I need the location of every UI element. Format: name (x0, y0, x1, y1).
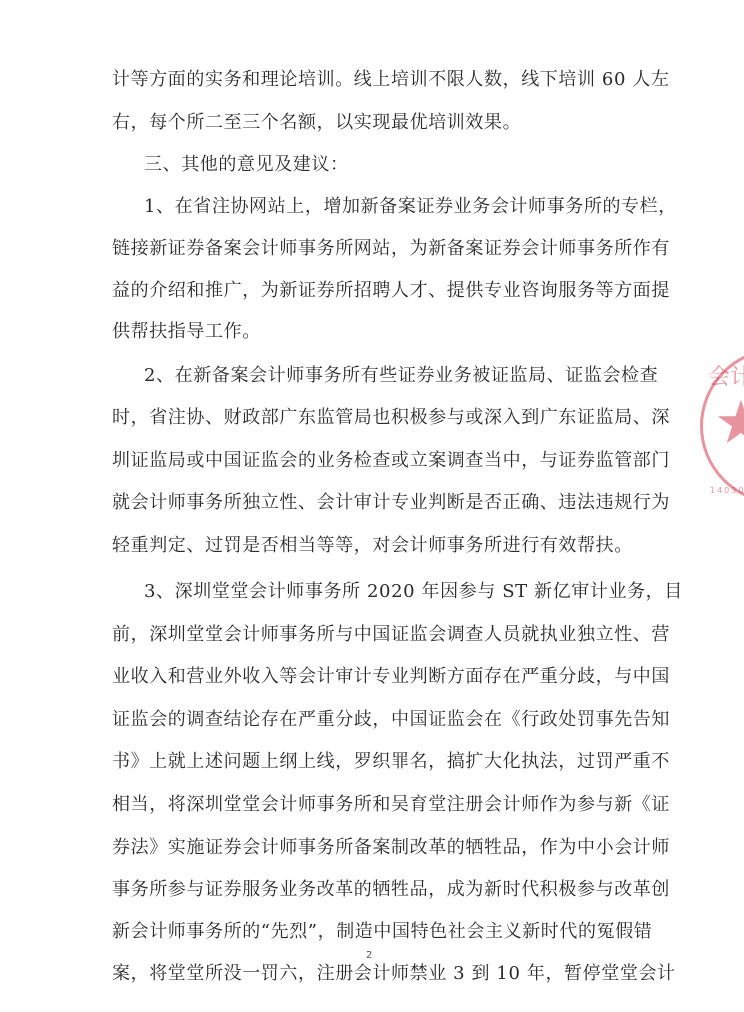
text-line: 就会计师事务所独立性、会计审计专业判断是否正确、违法违规行为 (112, 493, 670, 513)
text-line: 券法》实施证券会计师事务所备案制改革的牺牲品，作为中小会计师 (112, 838, 670, 858)
page-number: 2 (366, 950, 372, 961)
section-heading: 三、其他的意见及建议： (144, 155, 349, 175)
text-line: 时，省注协、财政部广东监管局也积极参与或深入到广东证监局、深 (112, 408, 670, 428)
red-seal-stamp: 会计 ★ 14030 (700, 348, 744, 508)
stamp-text: 会计 (708, 360, 744, 391)
text-line: 事务所参与证券服务业务改革的牺牲品，成为新时代积极参与改革创 (112, 880, 670, 900)
text-line: 供帮扶指导工作。 (112, 322, 261, 342)
text-line: 链接新证券备案会计师事务所网站，为新备案证券会计师事务所作有 (112, 239, 670, 259)
text-line: 前，深圳堂堂会计师事务所与中国证监会调查人员就执业独立性、营 (112, 625, 670, 645)
text-line: 右，每个所二至三个名额，以实现最优培训效果。 (112, 113, 521, 133)
document-page: 计等方面的实务和理论培训。线上培训不限人数，线下培训 60 人左 右，每个所二至… (0, 0, 744, 1012)
text-line: 书》上就上述问题上纲上线，罗织罪名，搞扩大化执法，过罚严重不 (112, 752, 670, 772)
text-line: 业收入和营业外收入等会计审计专业判断方面存在严重分歧，与中国 (112, 667, 670, 687)
text-line: 证监会的调查结论存在严重分歧，中国证监会在《行政处罚事先告知 (112, 710, 670, 730)
text-line: 案，将堂堂所没一罚六，注册会计师禁业 3 到 10 年，暂停堂堂会计 (112, 964, 676, 984)
stamp-number: 14030 (710, 486, 744, 495)
text-line: 相当，将深圳堂堂会计师事务所和吴育堂注册会计师作为参与新《证 (112, 795, 670, 815)
star-icon: ★ (714, 388, 744, 458)
text-line: 益的介绍和推广，为新证券所招聘人才、提供专业咨询服务等方面提 (112, 281, 670, 301)
text-line: 3、深圳堂堂会计师事务所 2020 年因参与 ST 新亿审计业务，目 (144, 582, 683, 602)
text-line: 1、在省注协网站上，增加新备案证券业务会计师事务所的专栏， (144, 197, 677, 217)
text-line: 2、在新备案会计师事务所有些证券业务被证监局、证监会检查 (144, 366, 658, 386)
text-line: 圳证监局或中国证监会的业务检查或立案调查当中，与证券监管部门 (112, 451, 670, 471)
text-line: 轻重判定、过罚是否相当等等，对会计师事务所进行有效帮扶。 (112, 536, 633, 556)
text-line: 计等方面的实务和理论培训。线上培训不限人数，线下培训 60 人左 (112, 70, 670, 90)
text-line: 新会计师事务所的“先烈”，制造中国特色社会主义新时代的冤假错 (112, 922, 652, 942)
